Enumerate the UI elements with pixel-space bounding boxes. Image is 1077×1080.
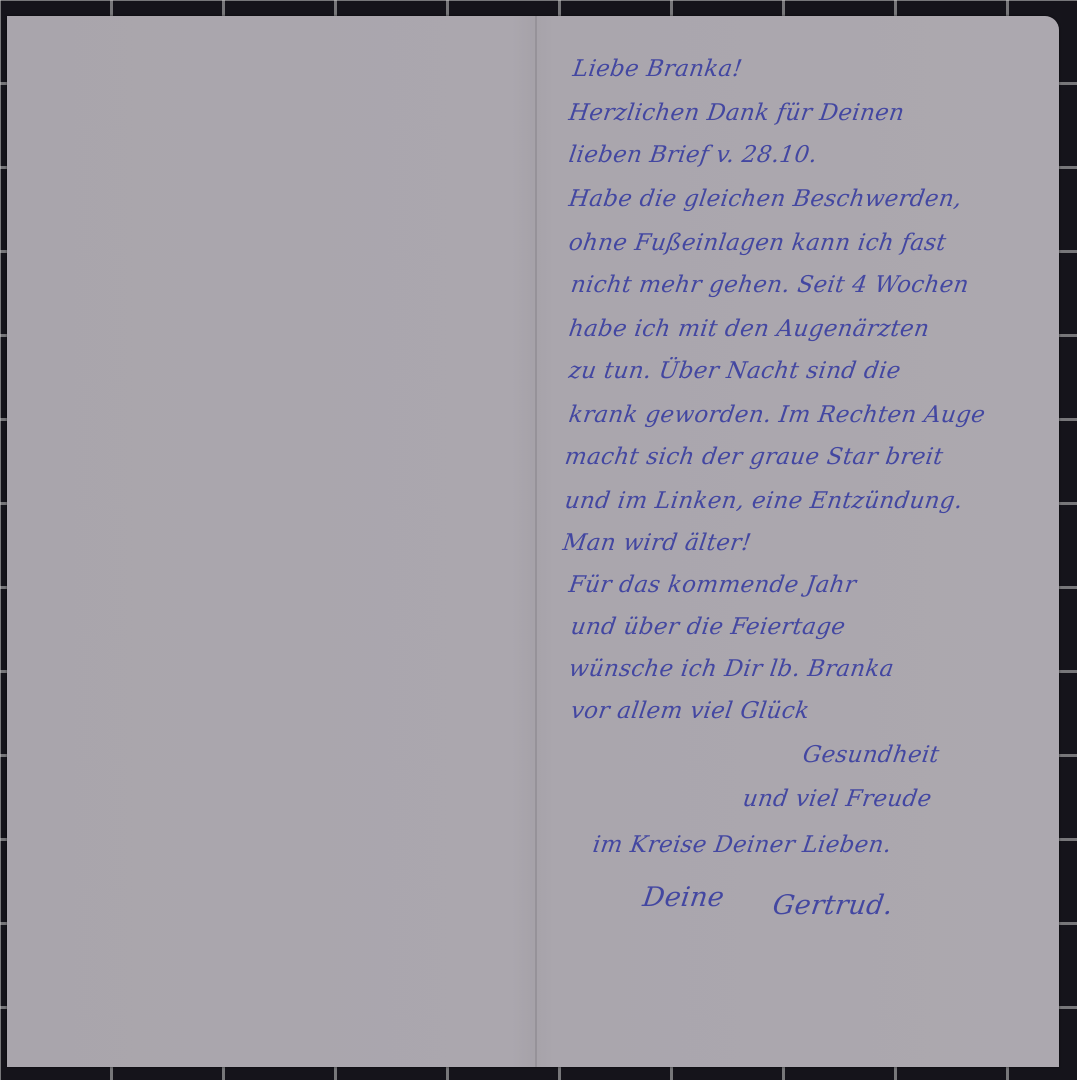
letter-line: zu tun. Über Nacht sind die [567,358,902,384]
letter-line: habe ich mit den Augenärzten [567,316,931,342]
letter-paper: Liebe Branka! Herzlichen Dank für Deinen… [7,16,1059,1067]
letter-line: macht sich der graue Star breit [563,444,945,470]
left-page-blank [7,16,535,1067]
letter-line: lieben Brief v. 28.10. [567,142,819,168]
letter-line: Für das kommende Jahr [567,572,858,598]
closing: Deine [641,882,726,913]
letter-line: Gesundheit [801,742,941,768]
letter-line: ohne Fußeinlagen kann ich fast [567,230,948,256]
letter-line: vor allem viel Glück [569,698,811,724]
letter-line: wünsche ich Dir lb. Branka [567,656,895,682]
letter-line: und viel Freude [741,786,933,812]
letter-line: und über die Feiertage [569,614,847,640]
signature: Gertrud. [771,890,895,921]
letter-line: Herzlichen Dank für Deinen [567,100,906,126]
letter-line: im Kreise Deiner Lieben. [591,832,893,858]
right-page: Liebe Branka! Herzlichen Dank für Deinen… [537,16,1059,1067]
letter-line: Habe die gleichen Beschwerden, [567,186,963,212]
letter-line: nicht mehr gehen. Seit 4 Wochen [569,272,970,298]
letter-line: Man wird älter! [561,530,753,556]
letter-line: krank geworden. Im Rechten Auge [567,402,987,428]
letter-line: und im Linken, eine Entzündung. [563,488,964,514]
salutation: Liebe Branka! [571,56,744,82]
